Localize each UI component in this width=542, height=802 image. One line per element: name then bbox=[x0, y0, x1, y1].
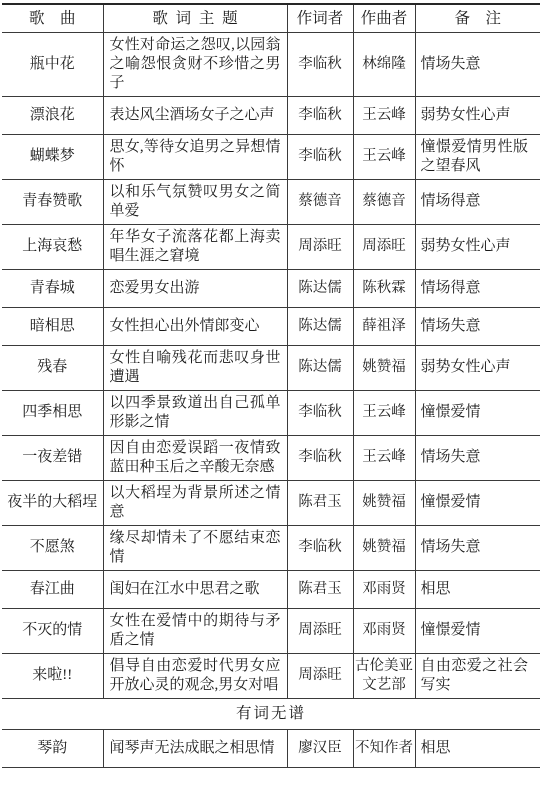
lyricist-cell: 李临秋 bbox=[287, 96, 353, 134]
table-row: 来啦!!倡导自由恋爱时代男女应开放心灵的观念,男女对唱周添旺古伦美亚文艺部自由恋… bbox=[2, 653, 540, 698]
note-cell: 弱势女性心声 bbox=[415, 345, 540, 390]
composer-cell: 不知作者 bbox=[353, 729, 415, 767]
composer-cell: 邓雨贤 bbox=[353, 570, 415, 608]
lyricist-cell: 陈君玉 bbox=[287, 570, 353, 608]
song-title-cell: 四季相思 bbox=[2, 390, 103, 435]
composer-cell: 林绵隆 bbox=[353, 32, 415, 96]
table-row: 青春赞歌以和乐气氛赞叹男女之简单爱蔡德音蔡德音情场得意 bbox=[2, 179, 540, 224]
note-cell: 情场失意 bbox=[415, 307, 540, 345]
theme-cell: 闺妇在江水中思君之歌 bbox=[103, 570, 287, 608]
composer-cell: 王云峰 bbox=[353, 134, 415, 179]
composer-cell: 蔡德音 bbox=[353, 179, 415, 224]
song-title-cell: 夜半的大稻埕 bbox=[2, 480, 103, 525]
note-cell: 憧憬爱情男性版之望春风 bbox=[415, 134, 540, 179]
table-row: 琴韵闻琴声无法成眠之相思情廖汉臣不知作者相思 bbox=[2, 729, 540, 767]
note-cell: 情场得意 bbox=[415, 179, 540, 224]
lyricist-cell: 李临秋 bbox=[287, 32, 353, 96]
theme-cell: 闻琴声无法成眠之相思情 bbox=[103, 729, 287, 767]
composer-cell: 陈秋霖 bbox=[353, 269, 415, 307]
note-cell: 情场失意 bbox=[415, 32, 540, 96]
note-cell: 憧憬爱情 bbox=[415, 390, 540, 435]
composer-cell: 薛祖泽 bbox=[353, 307, 415, 345]
song-title-cell: 青春城 bbox=[2, 269, 103, 307]
theme-cell: 以四季景致道出自己孤单形影之情 bbox=[103, 390, 287, 435]
songs-table: 歌曲 歌词主题 作词者 作曲者 备注 瓶中花女性对命运之怨叹,以园翁之喻怨恨贪财… bbox=[2, 3, 540, 768]
composer-cell: 古伦美亚文艺部 bbox=[353, 653, 415, 698]
theme-cell: 缘尽却情未了不愿结束恋情 bbox=[103, 525, 287, 570]
table-row: 一夜差错因自由恋爱误蹈一夜情致蓝田种玉后之辛酸无奈感李临秋王云峰情场失意 bbox=[2, 435, 540, 480]
song-title-cell: 不灭的情 bbox=[2, 608, 103, 653]
table-row: 残春女性自喻残花而悲叹身世遭遇陈达儒姚赞福弱势女性心声 bbox=[2, 345, 540, 390]
song-title-cell: 一夜差错 bbox=[2, 435, 103, 480]
lyricist-cell: 李临秋 bbox=[287, 390, 353, 435]
note-cell: 相思 bbox=[415, 729, 540, 767]
table-row: 春江曲闺妇在江水中思君之歌陈君玉邓雨贤相思 bbox=[2, 570, 540, 608]
song-title-cell: 春江曲 bbox=[2, 570, 103, 608]
songs-table-body: 瓶中花女性对命运之怨叹,以园翁之喻怨恨贪财不珍惜之男子李临秋林绵隆情场失意漂浪花… bbox=[2, 32, 540, 767]
table-row: 不灭的情女性在爱情中的期待与矛盾之情周添旺邓雨贤憧憬爱情 bbox=[2, 608, 540, 653]
theme-cell: 倡导自由恋爱时代男女应开放心灵的观念,男女对唱 bbox=[103, 653, 287, 698]
note-cell: 弱势女性心声 bbox=[415, 224, 540, 269]
lyricist-cell: 陈达儒 bbox=[287, 269, 353, 307]
table-row: 漂浪花表达风尘酒场女子之心声李临秋王云峰弱势女性心声 bbox=[2, 96, 540, 134]
theme-cell: 思女,等待女追男之异想情怀 bbox=[103, 134, 287, 179]
song-title-cell: 青春赞歌 bbox=[2, 179, 103, 224]
song-title-cell: 琴韵 bbox=[2, 729, 103, 767]
theme-cell: 以大稻埕为背景所述之情意 bbox=[103, 480, 287, 525]
note-cell: 憧憬爱情 bbox=[415, 480, 540, 525]
lyricist-cell: 李临秋 bbox=[287, 134, 353, 179]
lyricist-cell: 周添旺 bbox=[287, 608, 353, 653]
lyricist-cell: 陈达儒 bbox=[287, 345, 353, 390]
lyricist-cell: 李临秋 bbox=[287, 435, 353, 480]
section-label: 有词无谱 bbox=[2, 698, 540, 729]
note-cell: 相思 bbox=[415, 570, 540, 608]
table-row: 不愿煞缘尽却情未了不愿结束恋情李临秋姚赞福情场失意 bbox=[2, 525, 540, 570]
theme-cell: 女性自喻残花而悲叹身世遭遇 bbox=[103, 345, 287, 390]
table-row: 暗相思女性担心出外情郎变心陈达儒薛祖泽情场失意 bbox=[2, 307, 540, 345]
lyricist-cell: 蔡德音 bbox=[287, 179, 353, 224]
lyricist-cell: 陈君玉 bbox=[287, 480, 353, 525]
table-row: 上海哀愁年华女子流落花都上海卖唱生涯之窘境周添旺周添旺弱势女性心声 bbox=[2, 224, 540, 269]
theme-cell: 以和乐气氛赞叹男女之简单爱 bbox=[103, 179, 287, 224]
composer-cell: 姚赞福 bbox=[353, 345, 415, 390]
composer-cell: 周添旺 bbox=[353, 224, 415, 269]
table-row: 四季相思以四季景致道出自己孤单形影之情李临秋王云峰憧憬爱情 bbox=[2, 390, 540, 435]
note-cell: 弱势女性心声 bbox=[415, 96, 540, 134]
song-title-cell: 来啦!! bbox=[2, 653, 103, 698]
header-theme: 歌词主题 bbox=[103, 4, 287, 32]
lyricist-cell: 廖汉臣 bbox=[287, 729, 353, 767]
composer-cell: 姚赞福 bbox=[353, 525, 415, 570]
note-cell: 自由恋爱之社会写实 bbox=[415, 653, 540, 698]
composer-cell: 姚赞福 bbox=[353, 480, 415, 525]
theme-cell: 女性在爱情中的期待与矛盾之情 bbox=[103, 608, 287, 653]
song-title-cell: 蝴蝶梦 bbox=[2, 134, 103, 179]
lyricist-cell: 周添旺 bbox=[287, 224, 353, 269]
header-row: 歌曲 歌词主题 作词者 作曲者 备注 bbox=[2, 4, 540, 32]
theme-cell: 女性对命运之怨叹,以园翁之喻怨恨贪财不珍惜之男子 bbox=[103, 32, 287, 96]
note-cell: 情场失意 bbox=[415, 435, 540, 480]
table-row: 青春城恋爱男女出游陈达儒陈秋霖情场得意 bbox=[2, 269, 540, 307]
theme-cell: 因自由恋爱误蹈一夜情致蓝田种玉后之辛酸无奈感 bbox=[103, 435, 287, 480]
composer-cell: 王云峰 bbox=[353, 435, 415, 480]
theme-cell: 恋爱男女出游 bbox=[103, 269, 287, 307]
song-title-cell: 不愿煞 bbox=[2, 525, 103, 570]
song-title-cell: 残春 bbox=[2, 345, 103, 390]
table-row: 蝴蝶梦思女,等待女追男之异想情怀李临秋王云峰憧憬爱情男性版之望春风 bbox=[2, 134, 540, 179]
song-title-cell: 暗相思 bbox=[2, 307, 103, 345]
header-note: 备注 bbox=[415, 4, 540, 32]
song-title-cell: 漂浪花 bbox=[2, 96, 103, 134]
section-row: 有词无谱 bbox=[2, 698, 540, 729]
page: { "page": { "background_color": "#ffffff… bbox=[0, 3, 542, 802]
composer-cell: 王云峰 bbox=[353, 390, 415, 435]
header-lyricist: 作词者 bbox=[287, 4, 353, 32]
note-cell: 憧憬爱情 bbox=[415, 608, 540, 653]
lyricist-cell: 周添旺 bbox=[287, 653, 353, 698]
note-cell: 情场失意 bbox=[415, 525, 540, 570]
table-row: 瓶中花女性对命运之怨叹,以园翁之喻怨恨贪财不珍惜之男子李临秋林绵隆情场失意 bbox=[2, 32, 540, 96]
composer-cell: 邓雨贤 bbox=[353, 608, 415, 653]
song-title-cell: 上海哀愁 bbox=[2, 224, 103, 269]
theme-cell: 表达风尘酒场女子之心声 bbox=[103, 96, 287, 134]
song-title-cell: 瓶中花 bbox=[2, 32, 103, 96]
composer-cell: 王云峰 bbox=[353, 96, 415, 134]
theme-cell: 女性担心出外情郎变心 bbox=[103, 307, 287, 345]
note-cell: 情场得意 bbox=[415, 269, 540, 307]
header-song: 歌曲 bbox=[2, 4, 103, 32]
lyricist-cell: 陈达儒 bbox=[287, 307, 353, 345]
lyricist-cell: 李临秋 bbox=[287, 525, 353, 570]
header-composer: 作曲者 bbox=[353, 4, 415, 32]
theme-cell: 年华女子流落花都上海卖唱生涯之窘境 bbox=[103, 224, 287, 269]
table-row: 夜半的大稻埕以大稻埕为背景所述之情意陈君玉姚赞福憧憬爱情 bbox=[2, 480, 540, 525]
